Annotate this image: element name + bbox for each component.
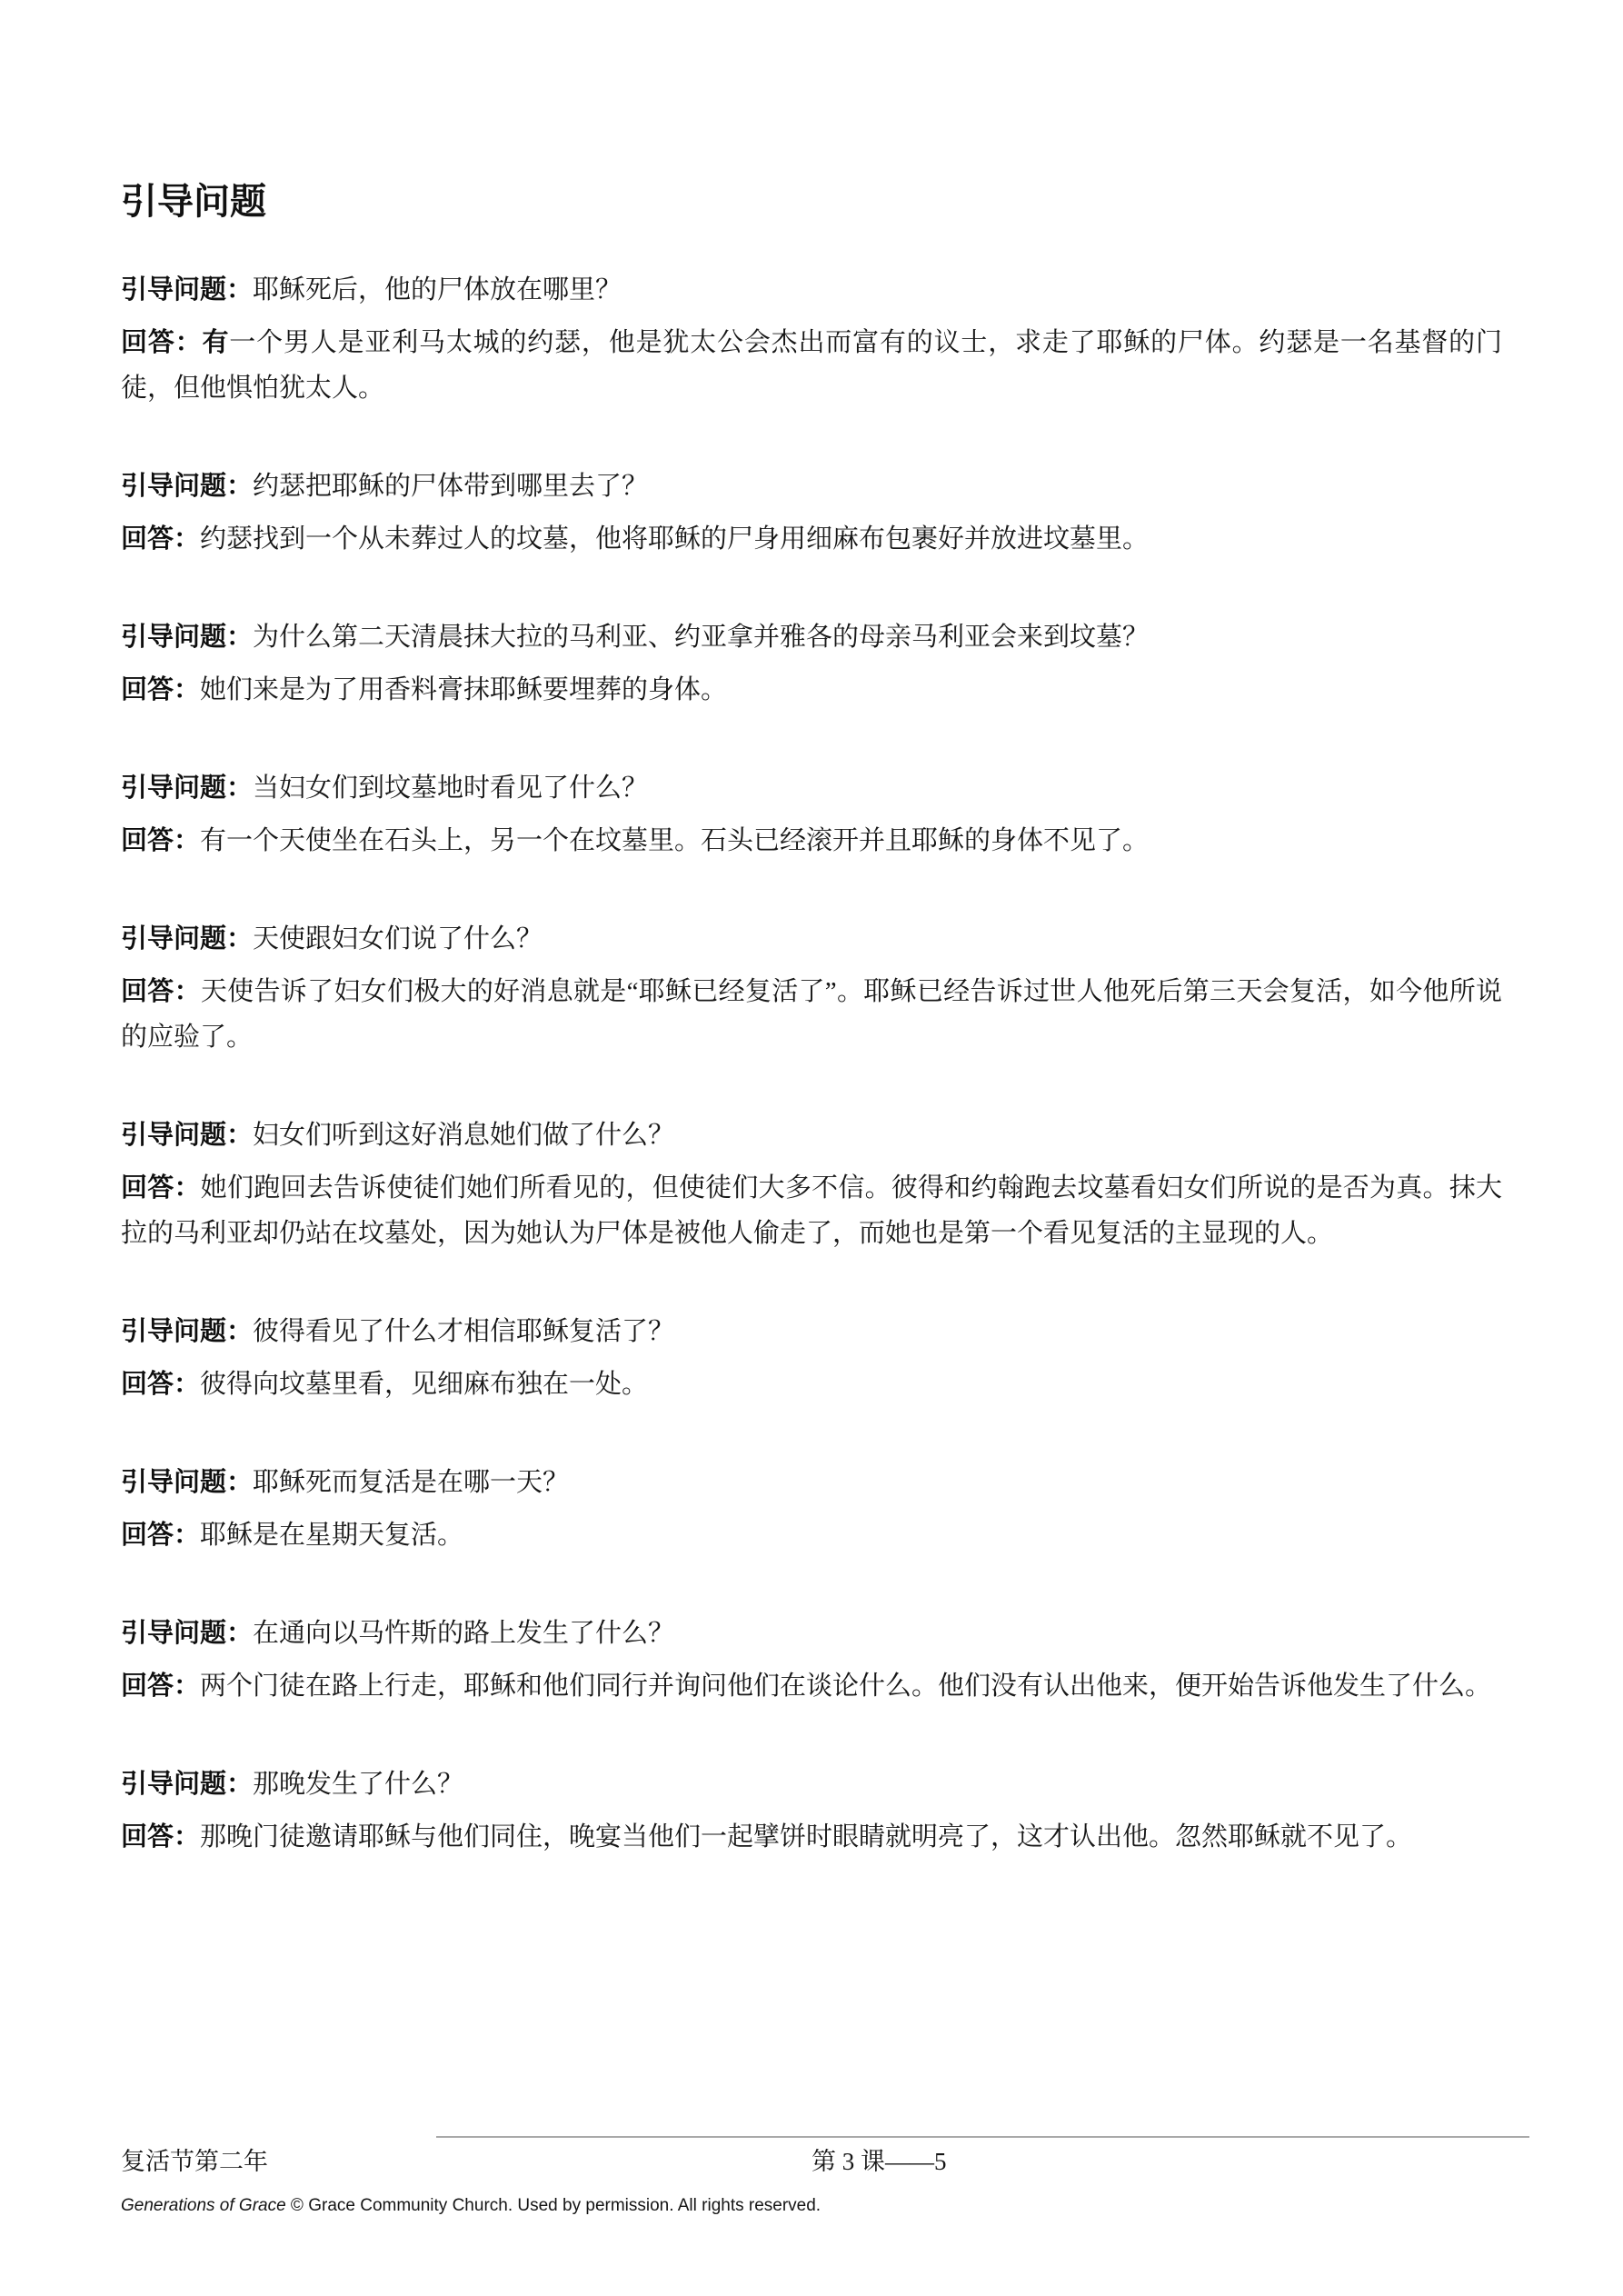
- qa-block-10: 引导问题：那晚发生了什么？ 回答：那晚门徒邀请耶稣与他们同住，晚宴当他们一起擘饼…: [121, 1762, 1502, 1860]
- question-label: 引导问题：: [121, 774, 253, 803]
- answer-label: 回答：: [121, 1370, 200, 1399]
- question-text: 为什么第二天清晨抹大拉的马利亚、约亚拿并雅各的母亲马利亚会来到坟墓？: [253, 623, 1149, 652]
- answer-text: 那晚门徒邀请耶稣与他们同住，晚宴当他们一起擘饼时眼睛就明亮了，这才认出他。忽然耶…: [200, 1822, 1412, 1852]
- answer-line: 回答：有一个天使坐在石头上，另一个在坟墓里。石头已经滚开并且耶稣的身体不见了。: [121, 818, 1502, 863]
- question-text: 那晚发生了什么？: [253, 1770, 463, 1799]
- answer-text: 天使告诉了妇女们极大的好消息就是“耶稣已经复活了”。耶稣已经告诉过世人他死后第三…: [121, 977, 1502, 1052]
- answer-line: 回答：她们跑回去告诉使徒们她们所看见的，但使徒们大多不信。彼得和约翰跑去坟墓看妇…: [121, 1165, 1502, 1256]
- answer-label: 回答：有: [121, 328, 229, 357]
- question-text: 耶稣死后，他的尸体放在哪里？: [253, 275, 622, 304]
- footer-lesson-page-number: 第 3 课——5: [811, 2147, 947, 2176]
- answer-text: 耶稣是在星期天复活。: [200, 1521, 463, 1550]
- question-label: 引导问题：: [121, 1468, 253, 1497]
- answer-line: 回答：那晚门徒邀请耶稣与他们同住，晚宴当他们一起擘饼时眼睛就明亮了，这才认出他。…: [121, 1814, 1502, 1860]
- qa-block-8: 引导问题：耶稣死而复活是在哪一天？ 回答：耶稣是在星期天复活。: [121, 1460, 1502, 1558]
- question-label: 引导问题：: [121, 924, 253, 953]
- qa-block-5: 引导问题：天使跟妇女们说了什么？ 回答：天使告诉了妇女们极大的好消息就是“耶稣已…: [121, 916, 1502, 1060]
- question-line: 引导问题：耶稣死而复活是在哪一天？: [121, 1460, 1502, 1505]
- question-text: 天使跟妇女们说了什么？: [253, 924, 543, 953]
- page-footer: 复活节第二年 第 3 课——5 Generations of Grace © G…: [121, 2136, 1502, 2254]
- question-line: 引导问题：约瑟把耶稣的尸体带到哪里去了？: [121, 464, 1502, 509]
- page-title: 引导问题: [121, 182, 1502, 222]
- answer-line: 回答：有一个男人是亚利马太城的约瑟，他是犹太公会杰出而富有的议士，求走了耶稣的尸…: [121, 320, 1502, 411]
- answer-text: 她们来是为了用香料膏抹耶稣要埋葬的身体。: [200, 675, 727, 704]
- answer-text: 两个门徒在路上行走，耶稣和他们同行并询问他们在谈论什么。他们没有认出他来，便开始…: [200, 1672, 1491, 1701]
- question-line: 引导问题：耶稣死后，他的尸体放在哪里？: [121, 267, 1502, 313]
- copyright-text: © Grace Community Church. Used by permis…: [286, 2196, 821, 2215]
- question-label: 引导问题：: [121, 1317, 253, 1346]
- answer-label: 回答：: [121, 524, 200, 554]
- answer-label: 回答：: [121, 1822, 200, 1852]
- question-text: 当妇女们到坟墓地时看见了什么？: [253, 774, 648, 803]
- answer-label: 回答：: [121, 1173, 201, 1203]
- answer-label: 回答：: [121, 1521, 200, 1550]
- question-line: 引导问题：彼得看见了什么才相信耶稣复活了？: [121, 1309, 1502, 1354]
- answer-text: 约瑟找到一个从未葬过人的坟墓，他将耶稣的尸身用细麻布包裹好并放进坟墓里。: [200, 524, 1149, 554]
- question-line: 引导问题：为什么第二天清晨抹大拉的马利亚、约亚拿并雅各的母亲马利亚会来到坟墓？: [121, 614, 1502, 660]
- answer-label: 回答：: [121, 1672, 200, 1701]
- answer-line: 回答：耶稣是在星期天复活。: [121, 1512, 1502, 1558]
- question-text: 妇女们听到这好消息她们做了什么？: [253, 1121, 674, 1150]
- question-label: 引导问题：: [121, 275, 253, 304]
- question-line: 引导问题：妇女们听到这好消息她们做了什么？: [121, 1113, 1502, 1158]
- question-text: 耶稣死而复活是在哪一天？: [253, 1468, 569, 1497]
- answer-line: 回答：两个门徒在路上行走，耶稣和他们同行并询问他们在谈论什么。他们没有认出他来，…: [121, 1663, 1502, 1709]
- qa-block-7: 引导问题：彼得看见了什么才相信耶稣复活了？ 回答：彼得向坟墓里看，见细麻布独在一…: [121, 1309, 1502, 1407]
- qa-block-1: 引导问题：耶稣死后，他的尸体放在哪里？ 回答：有一个男人是亚利马太城的约瑟，他是…: [121, 267, 1502, 411]
- question-label: 引导问题：: [121, 1770, 253, 1799]
- copyright-brand: Generations of Grace: [121, 2196, 286, 2215]
- footer-series-title: 复活节第二年: [121, 2147, 268, 2176]
- footer-row: 复活节第二年 第 3 课——5: [121, 2136, 1502, 2176]
- qa-block-4: 引导问题：当妇女们到坟墓地时看见了什么？ 回答：有一个天使坐在石头上，另一个在坟…: [121, 765, 1502, 863]
- question-label: 引导问题：: [121, 472, 253, 501]
- answer-line: 回答：她们来是为了用香料膏抹耶稣要埋葬的身体。: [121, 667, 1502, 713]
- answer-line: 回答：天使告诉了妇女们极大的好消息就是“耶稣已经复活了”。耶稣已经告诉过世人他死…: [121, 969, 1502, 1060]
- question-line: 引导问题：当妇女们到坟墓地时看见了什么？: [121, 765, 1502, 811]
- answer-label: 回答：: [121, 826, 200, 855]
- qa-block-2: 引导问题：约瑟把耶稣的尸体带到哪里去了？ 回答：约瑟找到一个从未葬过人的坟墓，他…: [121, 464, 1502, 562]
- answer-text: 她们跑回去告诉使徒们她们所看见的，但使徒们大多不信。彼得和约翰跑去坟墓看妇女们所…: [121, 1173, 1502, 1248]
- answer-text: 有一个天使坐在石头上，另一个在坟墓里。石头已经滚开并且耶稣的身体不见了。: [200, 826, 1149, 855]
- answer-label: 回答：: [121, 675, 200, 704]
- question-label: 引导问题：: [121, 1121, 253, 1150]
- question-text: 在通向以马忤斯的路上发生了什么？: [253, 1619, 674, 1648]
- document-page: 引导问题 引导问题：耶稣死后，他的尸体放在哪里？ 回答：有一个男人是亚利马太城的…: [0, 0, 1623, 2296]
- qa-block-3: 引导问题：为什么第二天清晨抹大拉的马利亚、约亚拿并雅各的母亲马利亚会来到坟墓？ …: [121, 614, 1502, 713]
- answer-text: 彼得向坟墓里看，见细麻布独在一处。: [200, 1370, 648, 1399]
- document-content: 引导问题 引导问题：耶稣死后，他的尸体放在哪里？ 回答：有一个男人是亚利马太城的…: [121, 182, 1502, 1912]
- qa-block-6: 引导问题：妇女们听到这好消息她们做了什么？ 回答：她们跑回去告诉使徒们她们所看见…: [121, 1113, 1502, 1256]
- question-line: 引导问题：在通向以马忤斯的路上发生了什么？: [121, 1611, 1502, 1656]
- question-label: 引导问题：: [121, 1619, 253, 1648]
- question-line: 引导问题：天使跟妇女们说了什么？: [121, 916, 1502, 962]
- qa-block-9: 引导问题：在通向以马忤斯的路上发生了什么？ 回答：两个门徒在路上行走，耶稣和他们…: [121, 1611, 1502, 1709]
- question-text: 约瑟把耶稣的尸体带到哪里去了？: [253, 472, 648, 501]
- answer-text: 一个男人是亚利马太城的约瑟，他是犹太公会杰出而富有的议士，求走了耶稣的尸体。约瑟…: [121, 328, 1502, 403]
- answer-label: 回答：: [121, 977, 201, 1006]
- question-line: 引导问题：那晚发生了什么？: [121, 1762, 1502, 1807]
- answer-line: 回答：约瑟找到一个从未葬过人的坟墓，他将耶稣的尸身用细麻布包裹好并放进坟墓里。: [121, 516, 1502, 562]
- answer-line: 回答：彼得向坟墓里看，见细麻布独在一处。: [121, 1362, 1502, 1407]
- question-text: 彼得看见了什么才相信耶稣复活了？: [253, 1317, 674, 1346]
- copyright-line: Generations of Grace © Grace Community C…: [121, 2196, 1502, 2216]
- question-label: 引导问题：: [121, 623, 253, 652]
